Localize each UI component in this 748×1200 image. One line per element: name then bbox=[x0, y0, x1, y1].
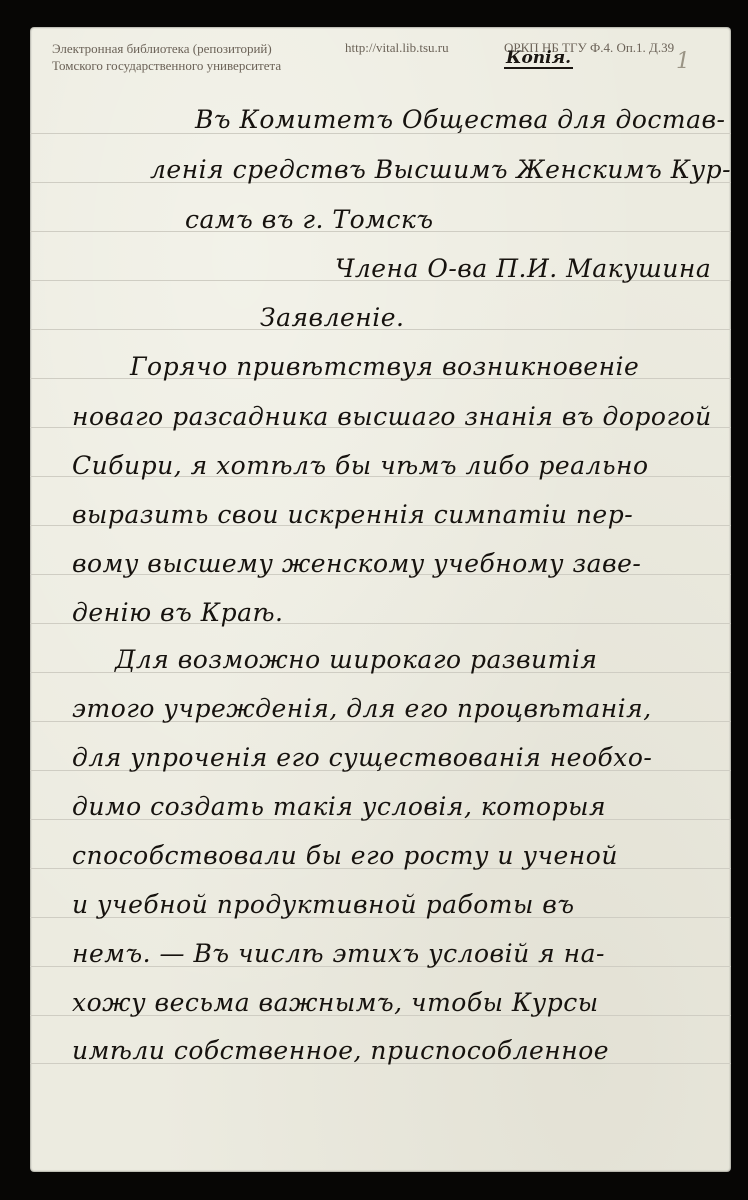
body-line: денію въ Краѣ. bbox=[72, 598, 283, 627]
document-title: Заявленіе. bbox=[260, 303, 405, 332]
address-line: ленія средствъ Высшимъ Женскимъ Кур- bbox=[150, 155, 731, 184]
sender-line: Члена О-ва П.И. Макушина bbox=[335, 254, 711, 283]
address-line: самъ въ г. Томскъ bbox=[185, 205, 433, 234]
library-name-line2: Томского государственного университета bbox=[52, 57, 281, 74]
copy-mark: Копія. bbox=[504, 49, 573, 69]
body-line: Горячо привѣтствуя возникновеніе bbox=[130, 352, 639, 381]
body-line: димо создать такія условія, которыя bbox=[72, 792, 606, 821]
library-watermark: Электронная библиотека (репозиторий) Том… bbox=[52, 40, 281, 74]
body-line: и учебной продуктивной работы въ bbox=[72, 890, 575, 919]
body-line: вому высшему женскому учебному заве- bbox=[72, 549, 641, 578]
body-line: выразить свои искреннія симпатіи пер- bbox=[72, 500, 633, 529]
library-url: http://vital.lib.tsu.ru bbox=[345, 40, 449, 56]
page-number: 1 bbox=[676, 49, 690, 74]
body-line: немъ. — Въ числѣ этихъ условій я на- bbox=[72, 939, 605, 968]
body-line: для упроченія его существованія необхо- bbox=[72, 743, 652, 772]
body-line: Сибири, я хотѣлъ бы чѣмъ либо реально bbox=[72, 451, 649, 480]
body-line: новаго разсадника высшаго знанія въ доро… bbox=[72, 402, 712, 431]
body-line: хожу весьма важнымъ, чтобы Курсы bbox=[72, 988, 599, 1017]
address-line: Въ Комитетъ Общества для достав- bbox=[195, 105, 725, 134]
library-name-line1: Электронная библиотека (репозиторий) bbox=[52, 40, 281, 57]
body-line: Для возможно широкаго развитія bbox=[115, 645, 597, 674]
body-line: этого учрежденія, для его процвѣтанія, bbox=[72, 694, 652, 723]
body-line: имѣли собственное, приспособленное bbox=[72, 1036, 609, 1065]
manuscript-page: Электронная библиотека (репозиторий) Том… bbox=[30, 27, 731, 1172]
body-line: способствовали бы его росту и ученой bbox=[72, 841, 618, 870]
